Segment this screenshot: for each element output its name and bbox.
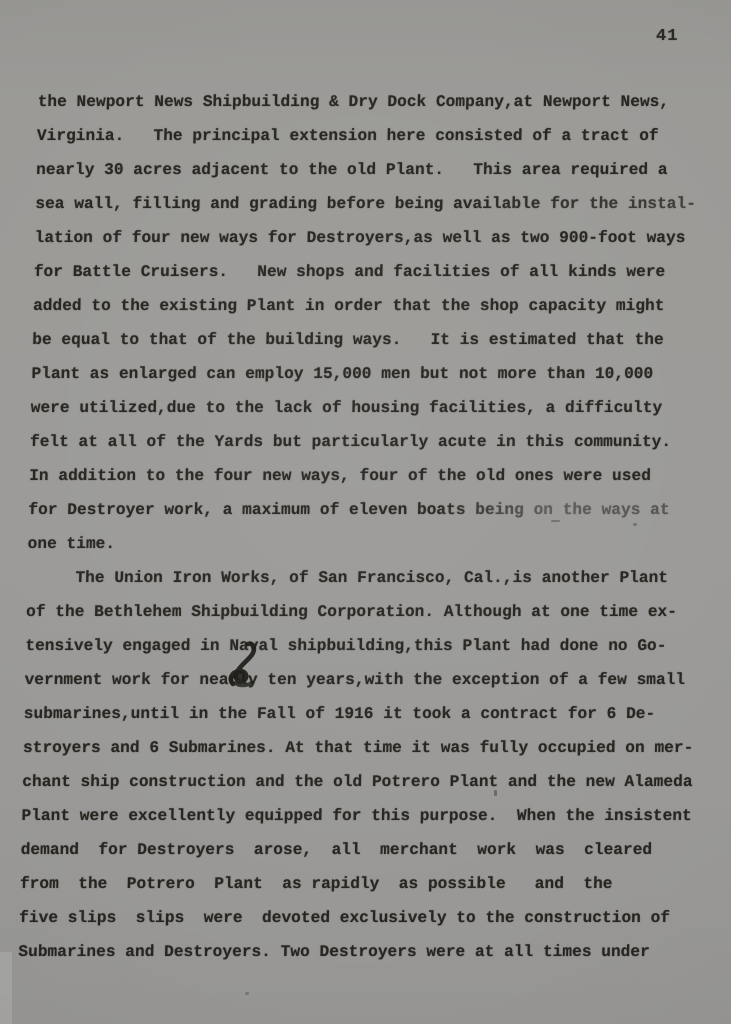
text-line: were utilized,due to the lack of housing… [30, 393, 711, 427]
text-line: lation of four new ways for Destroyers,a… [34, 223, 715, 257]
text-line: vernment work for nearly ten years,with … [24, 665, 705, 699]
text-line: tensively engaged in Naval shipbuilding,… [25, 631, 706, 665]
text-line: one time. [27, 529, 708, 563]
text-line: Plant as enlarged can employ 15,000 men … [31, 359, 712, 393]
text-line: Plant were excellently equipped for this… [21, 801, 702, 835]
text-line: for Destroyer work, a maximum of eleven … [28, 495, 709, 529]
text-line: submarines,until in the Fall of 1916 it … [23, 699, 704, 733]
text-line: of the Bethlehem Shipbuilding Corporatio… [26, 597, 707, 631]
text-line: In addition to the four new ways, four o… [29, 461, 710, 495]
text-line: Submarines and Destroyers. Two Destroyer… [18, 937, 699, 971]
text-line: demand for Destroyers arose, all merchan… [20, 835, 701, 869]
text-line: chant ship construction and the old Potr… [22, 767, 703, 801]
typed-text-block: the Newport News Shipbuilding & Dry Dock… [18, 87, 718, 971]
document-page: 41 the Newport News Shipbuilding & Dry D… [0, 0, 731, 1024]
text-line: Virginia. The principal extension here c… [36, 121, 717, 155]
text-line: five slips slips were devoted exclusivel… [19, 903, 700, 937]
text-line: The Union Iron Works, of San Francisco, … [26, 563, 707, 597]
text-line: nearly 30 acres adjacent to the old Plan… [36, 155, 717, 189]
page-number: 41 [656, 27, 678, 46]
text-line: felt at all of the Yards but particularl… [30, 427, 711, 461]
scan-edge-artifact [0, 952, 12, 1024]
stray-mark [245, 992, 249, 995]
text-line: stroyers and 6 Submarines. At that time … [23, 733, 704, 767]
text-line: be equal to that of the building ways. I… [32, 325, 713, 359]
text-line: the Newport News Shipbuilding & Dry Dock… [37, 87, 718, 121]
text-line: sea wall, filling and grading before bei… [35, 189, 716, 223]
text-line: added to the existing Plant in order tha… [33, 291, 714, 325]
text-line: from the Potrero Plant as rapidly as pos… [19, 869, 700, 903]
text-line: for Battle Cruisers. New shops and facil… [33, 257, 714, 291]
